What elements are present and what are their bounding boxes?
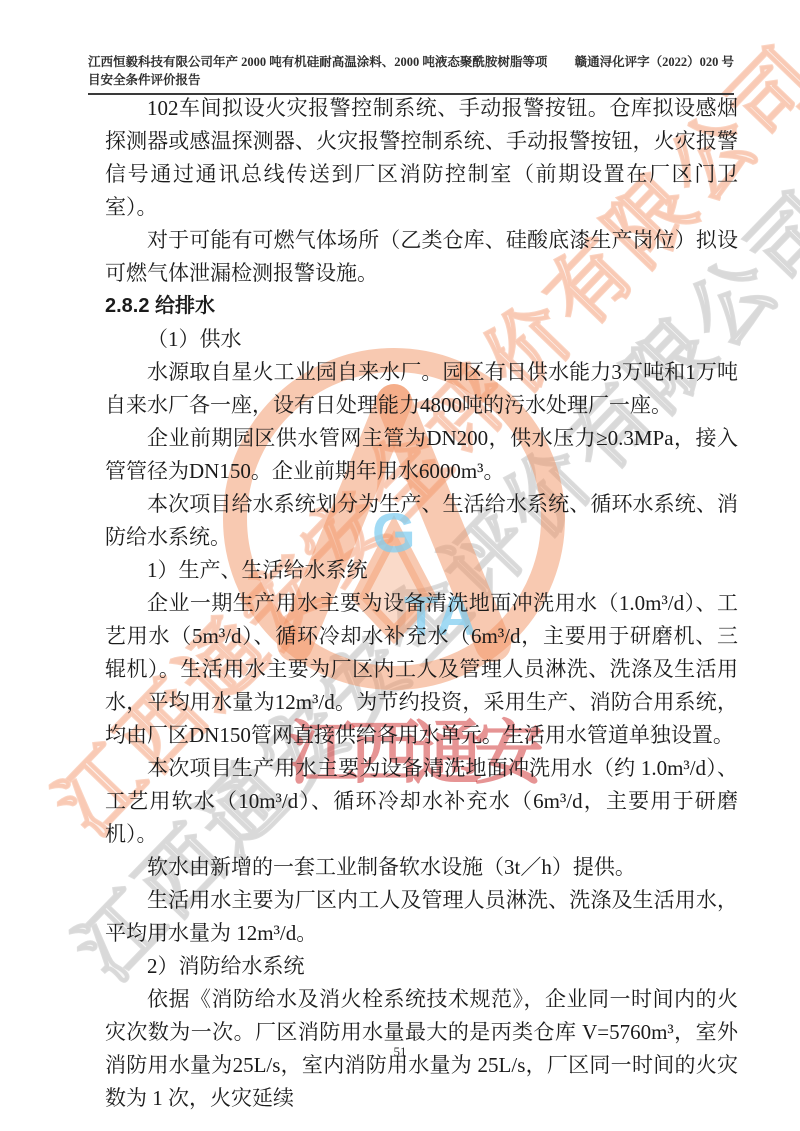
page-number: 51 <box>0 1044 800 1060</box>
section-heading: 2.8.2 给排水 <box>105 290 738 323</box>
paragraph: 软水由新增的一套工业制备软水设施（3t／h）提供。 <box>105 851 738 884</box>
paragraph: 本次项目给水系统划分为生产、生活给水系统、循环水系统、消防给水系统。 <box>105 488 738 554</box>
paragraph: 1）生产、生活给水系统 <box>105 554 738 587</box>
header-report-title: 江西恒毅科技有限公司年产 2000 吨有机硅耐高温涂料、2000 吨液态聚酰胺树… <box>88 52 559 88</box>
paragraph: 102车间拟设火灾报警控制系统、手动报警按钮。仓库拟设感烟探测器或感温探测器、火… <box>105 92 738 224</box>
page-header: 江西恒毅科技有限公司年产 2000 吨有机硅耐高温涂料、2000 吨液态聚酰胺树… <box>88 52 734 95</box>
document-body: 102车间拟设火灾报警控制系统、手动报警按钮。仓库拟设感烟探测器或感温探测器、火… <box>105 92 738 1115</box>
paragraph: 生活用水主要为厂区内工人及管理人员淋洗、洗涤及生活用水，平均用水量为 12m³/… <box>105 884 738 950</box>
document-page: 江西通安安全评价有限公司 江西通安安全评价有限公司 G TA 江西通安 江西恒毅… <box>0 0 800 1131</box>
paragraph: 2）消防给水系统 <box>105 950 738 983</box>
paragraph: （1）供水 <box>105 323 738 356</box>
paragraph: 企业前期园区供水管网主管为DN200，供水压力≥0.3MPa，接入管管径为DN1… <box>105 422 738 488</box>
paragraph: 企业一期生产用水主要为设备清洗地面冲洗用水（1.0m³/d）、工艺用水（5m³/… <box>105 587 738 752</box>
paragraph: 本次项目生产用水主要为设备清洗地面冲洗用水（约 1.0m³/d）、工艺用软水（1… <box>105 752 738 851</box>
paragraph: 对于可能有可燃气体场所（乙类仓库、硅酸底漆生产岗位）拟设可燃气体泄漏检测报警设施… <box>105 224 738 290</box>
header-document-number: 赣通浔化评字（2022）020 号 <box>575 52 734 88</box>
paragraph: 水源取自星火工业园自来水厂。园区有日供水能力3万吨和1万吨自来水厂各一座，设有日… <box>105 356 738 422</box>
